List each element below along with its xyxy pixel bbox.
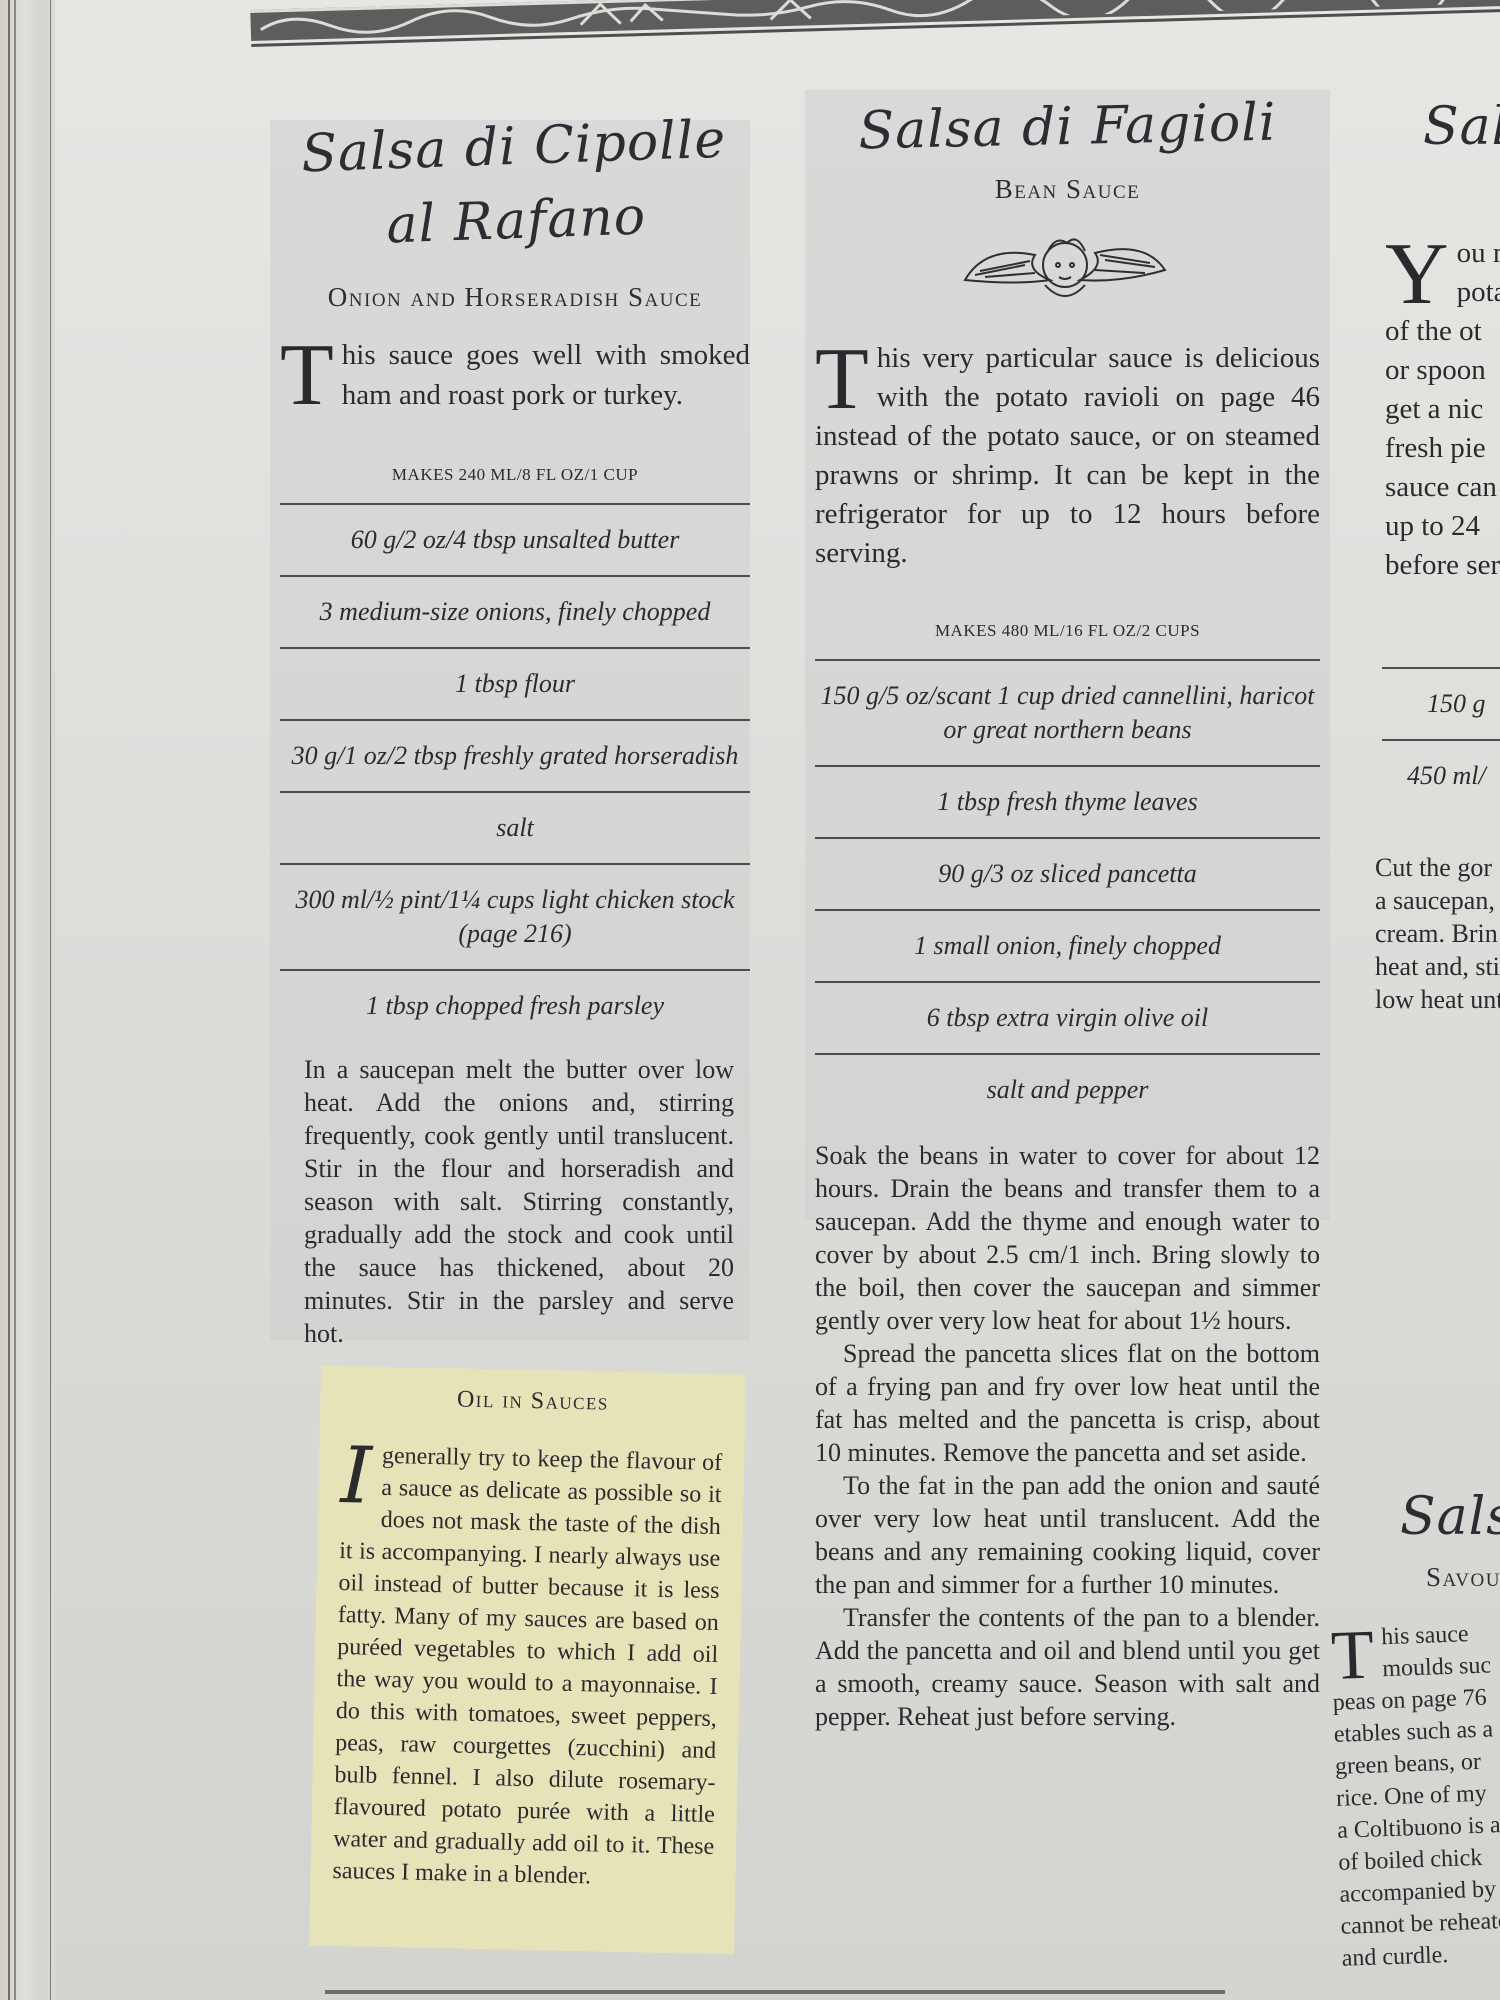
drop-cap: T	[1330, 1628, 1375, 1685]
intro-line: fresh pie	[1385, 429, 1500, 468]
recipe-right-partial: Sal Y ou m pota of the ot or spoon get a…	[1385, 90, 1500, 1016]
illustration-container	[815, 205, 1320, 325]
recipe-bean-sauce: Salsa di Fagioli Bean Sauce T his very p…	[815, 90, 1320, 1733]
recipe-onion-horseradish: Salsa di Cipolle al Rafano Onion and Hor…	[280, 110, 750, 1350]
ingredients-list: 150 g 450 ml/	[1382, 667, 1500, 811]
ingredient-item: 1 tbsp fresh thyme leaves	[815, 765, 1320, 837]
ingredient-item: 150 g/5 oz/scant 1 cup dried cannellini,…	[815, 659, 1320, 765]
ingredient-item: 6 tbsp extra virgin olive oil	[815, 981, 1320, 1053]
sidebar-text: generally try to keep the flavour of a s…	[332, 1443, 722, 1889]
ingredients-list: 60 g/2 oz/4 tbsp unsalted butter 3 mediu…	[280, 503, 750, 1041]
drop-cap: T	[815, 345, 869, 415]
book-page-edges	[0, 0, 60, 2000]
recipe-subtitle: Onion and Horseradish Sauce	[280, 282, 750, 313]
method-line: a saucepan,	[1375, 884, 1500, 917]
page-edge-line	[50, 0, 51, 2000]
ingredient-item: salt	[280, 791, 750, 863]
ingredient-item: 150 g	[1382, 667, 1500, 739]
ingredient-item: 60 g/2 oz/4 tbsp unsalted butter	[280, 503, 750, 575]
intro-line: get a nic	[1385, 390, 1500, 429]
intro-line: before ser	[1385, 546, 1500, 585]
ingredient-item: 300 ml/½ pint/1¼ cups light chicken stoc…	[280, 863, 750, 969]
method-paragraph: In a saucepan melt the butter over low h…	[304, 1053, 734, 1350]
recipe-intro: T his very particular sauce is delicious…	[815, 339, 1320, 573]
recipe-intro: Y ou m pota of the ot or spoon get a nic…	[1385, 234, 1500, 585]
intro-line: sauce can	[1385, 468, 1500, 507]
method-line: heat and, sti	[1375, 950, 1500, 983]
recipe-right-bottom-partial: Salsa Savour T his sauce moulds suc peas…	[1330, 1480, 1500, 1975]
page-edge-line	[14, 0, 16, 2000]
footer-ornament-rule	[325, 1990, 1225, 1994]
intro-line: of the ot	[1385, 312, 1500, 351]
method-line: Cut the gor	[1375, 851, 1500, 884]
ingredient-item: 90 g/3 oz sliced pancetta	[815, 837, 1320, 909]
recipe-subtitle: Savour	[1426, 1562, 1500, 1593]
method-paragraph: To the fat in the pan add the onion and …	[815, 1469, 1320, 1601]
intro-text: his very particular sauce is delicious w…	[815, 342, 1320, 569]
recipe-intro: T his sauce goes well with smoked ham an…	[280, 335, 750, 415]
intro-line: or spoon	[1385, 351, 1500, 390]
method-paragraph: Transfer the contents of the pan to a bl…	[815, 1601, 1320, 1733]
recipe-yield: MAKES 480 ML/16 FL OZ/2 CUPS	[815, 621, 1320, 641]
method-paragraph: Soak the beans in water to cover for abo…	[815, 1139, 1320, 1337]
recipe-method: Cut the gor a saucepan, cream. Brin heat…	[1375, 851, 1500, 1016]
recipe-title: Salsa	[1400, 1480, 1500, 1554]
ingredient-item: 450 ml/	[1382, 739, 1500, 811]
recipe-title: Salsa di Fagioli	[814, 85, 1320, 170]
ingredient-item: 1 small onion, finely chopped	[815, 909, 1320, 981]
method-line: cream. Brin	[1375, 917, 1500, 950]
recipe-title: Sal	[1423, 90, 1500, 164]
drop-cap: T	[280, 341, 334, 411]
sidebar-title: Oil in Sauces	[342, 1384, 723, 1419]
ingredient-item: 30 g/1 oz/2 tbsp freshly grated horserad…	[280, 719, 750, 791]
ingredient-item: 1 tbsp chopped fresh parsley	[280, 969, 750, 1041]
method-paragraph: Spread the pancetta slices flat on the b…	[815, 1337, 1320, 1469]
recipe-subtitle: Bean Sauce	[815, 174, 1320, 205]
intro-text: his sauce goes well with smoked ham and …	[342, 339, 750, 411]
cherub-icon	[955, 225, 1175, 315]
ingredients-list: 150 g/5 oz/scant 1 cup dried cannellini,…	[815, 659, 1320, 1125]
drop-cap: I	[340, 1443, 372, 1510]
recipe-yield: MAKES 240 ML/8 FL OZ/1 CUP	[280, 465, 750, 485]
sidebar-body: I generally try to keep the flavour of a…	[332, 1439, 722, 1895]
recipe-method: Soak the beans in water to cover for abo…	[815, 1139, 1320, 1733]
intro-line: up to 24	[1385, 507, 1500, 546]
drop-cap: Y	[1385, 240, 1449, 310]
oil-in-sauces-sidebar: Oil in Sauces I generally try to keep th…	[309, 1366, 746, 1955]
method-line: low heat unt	[1375, 983, 1500, 1016]
ingredient-item: salt and pepper	[815, 1053, 1320, 1125]
recipe-intro: T his sauce moulds suc peas on page 76 e…	[1330, 1615, 1500, 1975]
ingredient-item: 1 tbsp flour	[280, 647, 750, 719]
ingredient-item: 3 medium-size onions, finely chopped	[280, 575, 750, 647]
recipe-title: Salsa di Cipolle al Rafano	[278, 102, 753, 266]
page-edge-line	[8, 0, 10, 2000]
recipe-method: In a saucepan melt the butter over low h…	[280, 1041, 750, 1350]
